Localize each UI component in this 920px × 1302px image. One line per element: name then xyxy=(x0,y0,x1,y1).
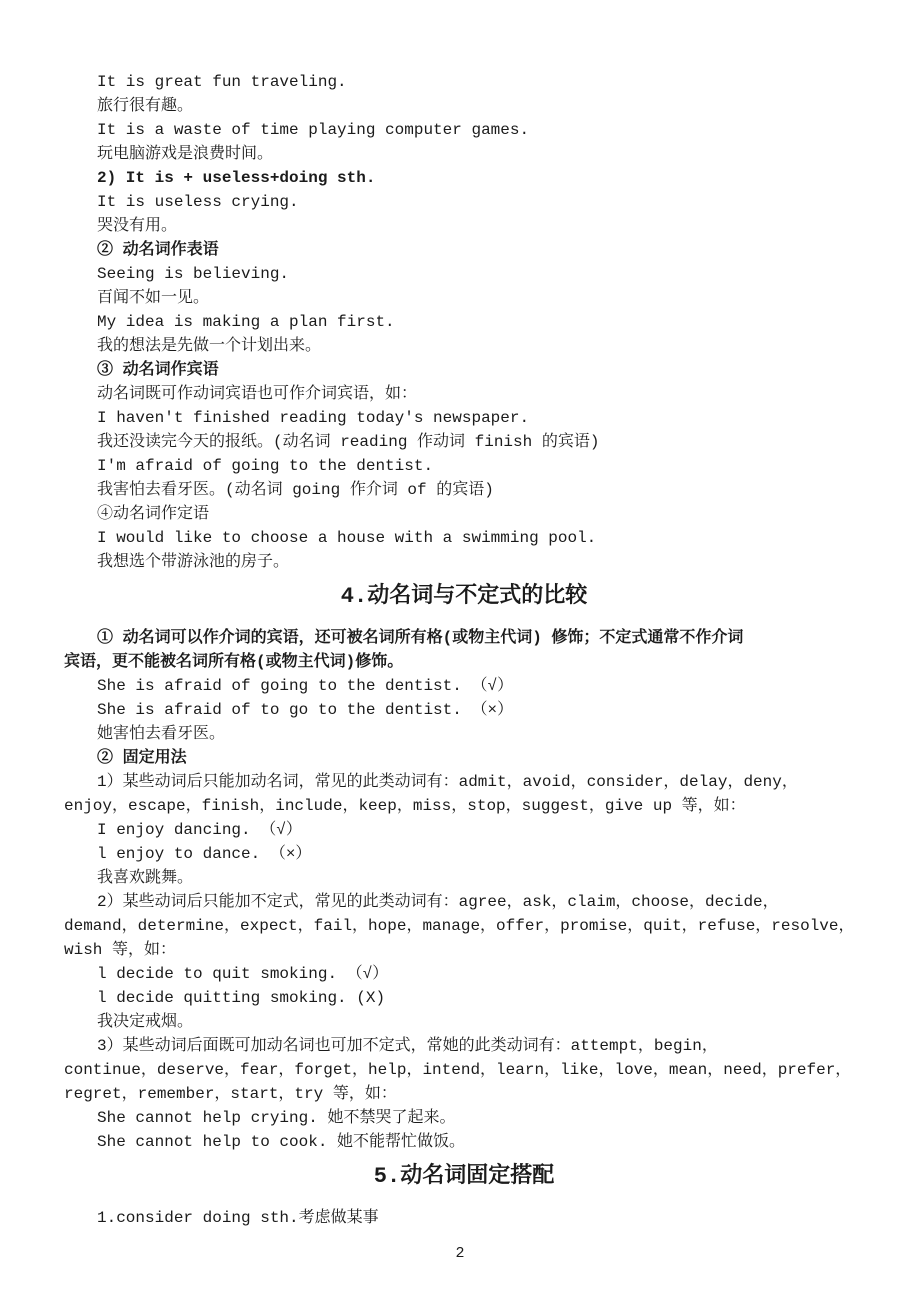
document-text-line: 1）某些动词后只能加动名词，常见的此类动词有：admit，avoid，consi… xyxy=(64,770,864,794)
document-text-line: 哭没有用。 xyxy=(64,214,864,238)
document-text-line: 旅行很有趣。 xyxy=(64,94,864,118)
document-text-line: She is afraid of to go to the dentist. （… xyxy=(64,698,864,722)
document-text-line: 我决定戒烟。 xyxy=(64,1010,864,1034)
section-heading: 4.动名词与不定式的比较 xyxy=(64,582,864,612)
document-text-line: ① 动名词可以作介词的宾语，还可被名词所有格(或物主代词) 修饰；不定式通常不作… xyxy=(64,626,864,650)
document-text-line: 我还没读完今天的报纸。(动名词 reading 作动词 finish 的宾语) xyxy=(64,430,864,454)
document-text-line: regret，remember，start，try 等，如： xyxy=(64,1082,864,1106)
document-text-line: It is great fun traveling. xyxy=(64,70,864,94)
document-text-line: 玩电脑游戏是浪费时间。 xyxy=(64,142,864,166)
document-text-line: My idea is making a plan first. xyxy=(64,310,864,334)
document-text-line: l enjoy to dance. （×） xyxy=(64,842,864,866)
document-text-line: 她害怕去看牙医。 xyxy=(64,722,864,746)
document-text-line: 动名词既可作动词宾语也可作介词宾语，如： xyxy=(64,382,864,406)
document-text-line: wish 等，如： xyxy=(64,938,864,962)
document-text-line: She is afraid of going to the dentist. （… xyxy=(64,674,864,698)
document-text-line: ③ 动名词作宾语 xyxy=(64,358,864,382)
document-text-line: ② 动名词作表语 xyxy=(64,238,864,262)
document-text-line: 2) It is + useless+doing sth. xyxy=(64,166,864,190)
document-text-line: She cannot help crying. 她不禁哭了起来。 xyxy=(64,1106,864,1130)
document-text-line: I would like to choose a house with a sw… xyxy=(64,526,864,550)
document-text-line: 百闻不如一见。 xyxy=(64,286,864,310)
document-text-line: l decide to quit smoking. （√） xyxy=(64,962,864,986)
document-text-line: l decide quitting smoking. (X) xyxy=(64,986,864,1010)
document-text-line: ② 固定用法 xyxy=(64,746,864,770)
document-text-line: 1.consider doing sth.考虑做某事 xyxy=(64,1206,864,1230)
document-text-line: I'm afraid of going to the dentist. xyxy=(64,454,864,478)
document-text-line: 我想选个带游泳池的房子。 xyxy=(64,550,864,574)
document-page: It is great fun traveling.旅行很有趣。It is a … xyxy=(0,0,920,1302)
section-heading: 5.动名词固定搭配 xyxy=(64,1162,864,1192)
document-text-line: 宾语，更不能被名词所有格(或物主代词)修饰。 xyxy=(64,650,864,674)
document-text-line: 2）某些动词后只能加不定式，常见的此类动词有：agree，ask，claim，c… xyxy=(64,890,864,914)
document-text-line: It is useless crying. xyxy=(64,190,864,214)
document-text-line: 我喜欢跳舞。 xyxy=(64,866,864,890)
document-text-line: ④动名词作定语 xyxy=(64,502,864,526)
document-text-line: I haven't finished reading today's newsp… xyxy=(64,406,864,430)
document-text-line: It is a waste of time playing computer g… xyxy=(64,118,864,142)
document-content: It is great fun traveling.旅行很有趣。It is a … xyxy=(64,70,864,1230)
document-text-line: 我的想法是先做一个计划出来。 xyxy=(64,334,864,358)
document-text-line: 我害怕去看牙医。(动名词 going 作介词 of 的宾语) xyxy=(64,478,864,502)
document-text-line: 3）某些动词后面既可加动名词也可加不定式，常她的此类动词有：attempt，be… xyxy=(64,1034,864,1058)
document-text-line: I enjoy dancing. （√） xyxy=(64,818,864,842)
document-text-line: continue，deserve，fear，forget，help，intend… xyxy=(64,1058,864,1082)
document-text-line: She cannot help to cook. 她不能帮忙做饭。 xyxy=(64,1130,864,1154)
document-text-line: enjoy，escape，finish，include，keep，miss，st… xyxy=(64,794,864,818)
document-text-line: Seeing is believing. xyxy=(64,262,864,286)
document-text-line: demand，determine，expect，fail，hope，manage… xyxy=(64,914,864,938)
page-number: 2 xyxy=(0,1244,920,1264)
